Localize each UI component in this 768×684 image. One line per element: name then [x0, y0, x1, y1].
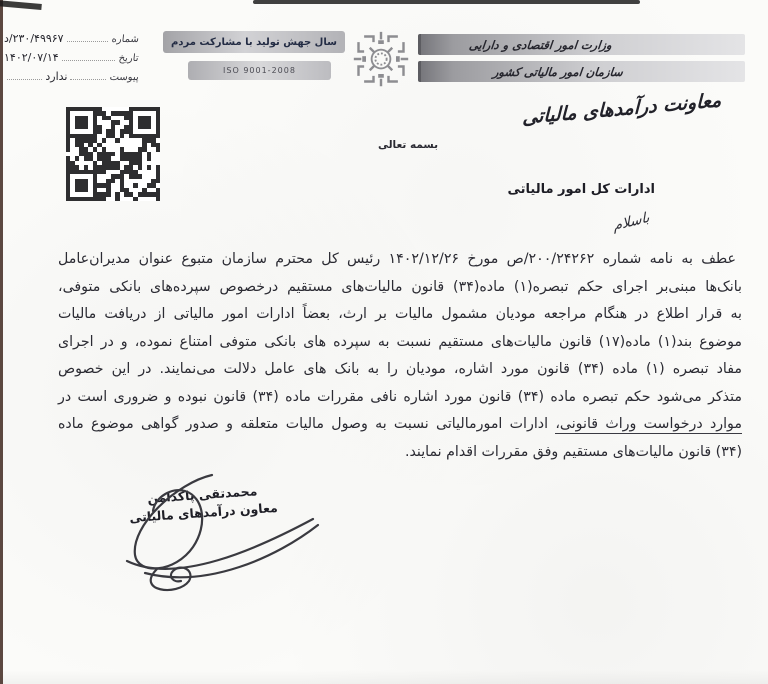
scan-left-edge-line	[0, 0, 3, 684]
body-line: متذکر می‌شود حکم تبصره ماده (۳۴) قانون م…	[58, 384, 742, 412]
letter-attachment-row: پیوست ندارد	[4, 64, 138, 83]
qr-code	[66, 107, 160, 201]
organization-name: سازمان امور مالیاتی کشور	[420, 65, 623, 79]
slogan-banner: سال جهش تولید با مشارکت مردم	[163, 31, 345, 53]
dotted-leader	[70, 79, 105, 80]
slogan-text: سال جهش تولید با مشارکت مردم	[171, 37, 337, 48]
attachment-value: ندارد	[45, 70, 67, 83]
body-line: موضوع بند(۱) ماده(۱۷) قانون مالیات‌های م…	[58, 329, 742, 357]
handwritten-signature-icon	[115, 463, 327, 597]
body-line: مفاد تبصره (۱) ماده (۳۴) قانون مورد اشار…	[58, 356, 742, 384]
iso-text: ISO 9001-2008	[223, 66, 296, 75]
number-value: ۲۳۰/۴۹۹۶۷/د	[4, 32, 64, 45]
body-line: (۳۴) قانون مالیات‌های مستقیم وفق مقررات …	[58, 439, 742, 467]
scan-corner-mark	[0, 0, 42, 10]
dotted-leader	[67, 41, 108, 42]
deputy-calligraphy: معاونت درآمدهای مالیاتی	[523, 89, 722, 129]
date-label: تاریخ	[117, 53, 138, 64]
ministry-bar: وزارت امور اقتصادی و دارایی	[418, 34, 745, 55]
scanned-letter-page: شماره ۲۳۰/۴۹۹۶۷/د تاریخ ۱۴۰۲/۰۷/۱۴ پیوست…	[0, 0, 768, 684]
letter-body: عطف به نامه شماره ۲۰۰/۲۴۲۶۲/ص مورخ ۱۴۰۲/…	[58, 246, 742, 466]
body-line: موارد درخواست وراث قانونی، ادارات امورما…	[58, 411, 742, 439]
letter-meta-block: شماره ۲۳۰/۴۹۹۶۷/د تاریخ ۱۴۰۲/۰۷/۱۴ پیوست…	[4, 26, 138, 83]
scan-top-edge-line	[253, 0, 640, 4]
body-line-rest: ادارات امورمالیاتی نسبت به وصول مالیات م…	[58, 416, 555, 432]
organization-bar: سازمان امور مالیاتی کشور	[418, 61, 745, 82]
tax-administration-emblem-icon	[350, 29, 412, 93]
bismillah: بسمه تعالی	[353, 139, 463, 151]
body-line: به قرار اطلاع در هنگام مراجعه مودیان مشم…	[58, 301, 742, 329]
recipient-heading: ادارات کل امور مالیاتی	[507, 182, 655, 197]
letter-date-row: تاریخ ۱۴۰۲/۰۷/۱۴	[4, 45, 138, 64]
dotted-leader	[7, 79, 42, 80]
body-line: بانک‌ها مبنی‌بر اجرای حکم تبصره(۱) ماده(…	[58, 274, 742, 302]
letter-number-row: شماره ۲۳۰/۴۹۹۶۷/د	[4, 26, 138, 45]
iso-banner: ISO 9001-2008	[188, 61, 331, 80]
attachment-label: پیوست	[108, 72, 139, 83]
ministry-name: وزارت امور اقتصادی و دارایی	[420, 38, 612, 52]
body-line: عطف به نامه شماره ۲۰۰/۲۴۲۶۲/ص مورخ ۱۴۰۲/…	[58, 246, 742, 274]
date-value: ۱۴۰۲/۰۷/۱۴	[4, 51, 59, 64]
underlined-phrase: موارد درخواست وراث قانونی،	[555, 416, 742, 434]
dotted-leader	[62, 60, 115, 61]
salutation: باسلام	[613, 209, 650, 234]
number-label: شماره	[110, 34, 139, 45]
